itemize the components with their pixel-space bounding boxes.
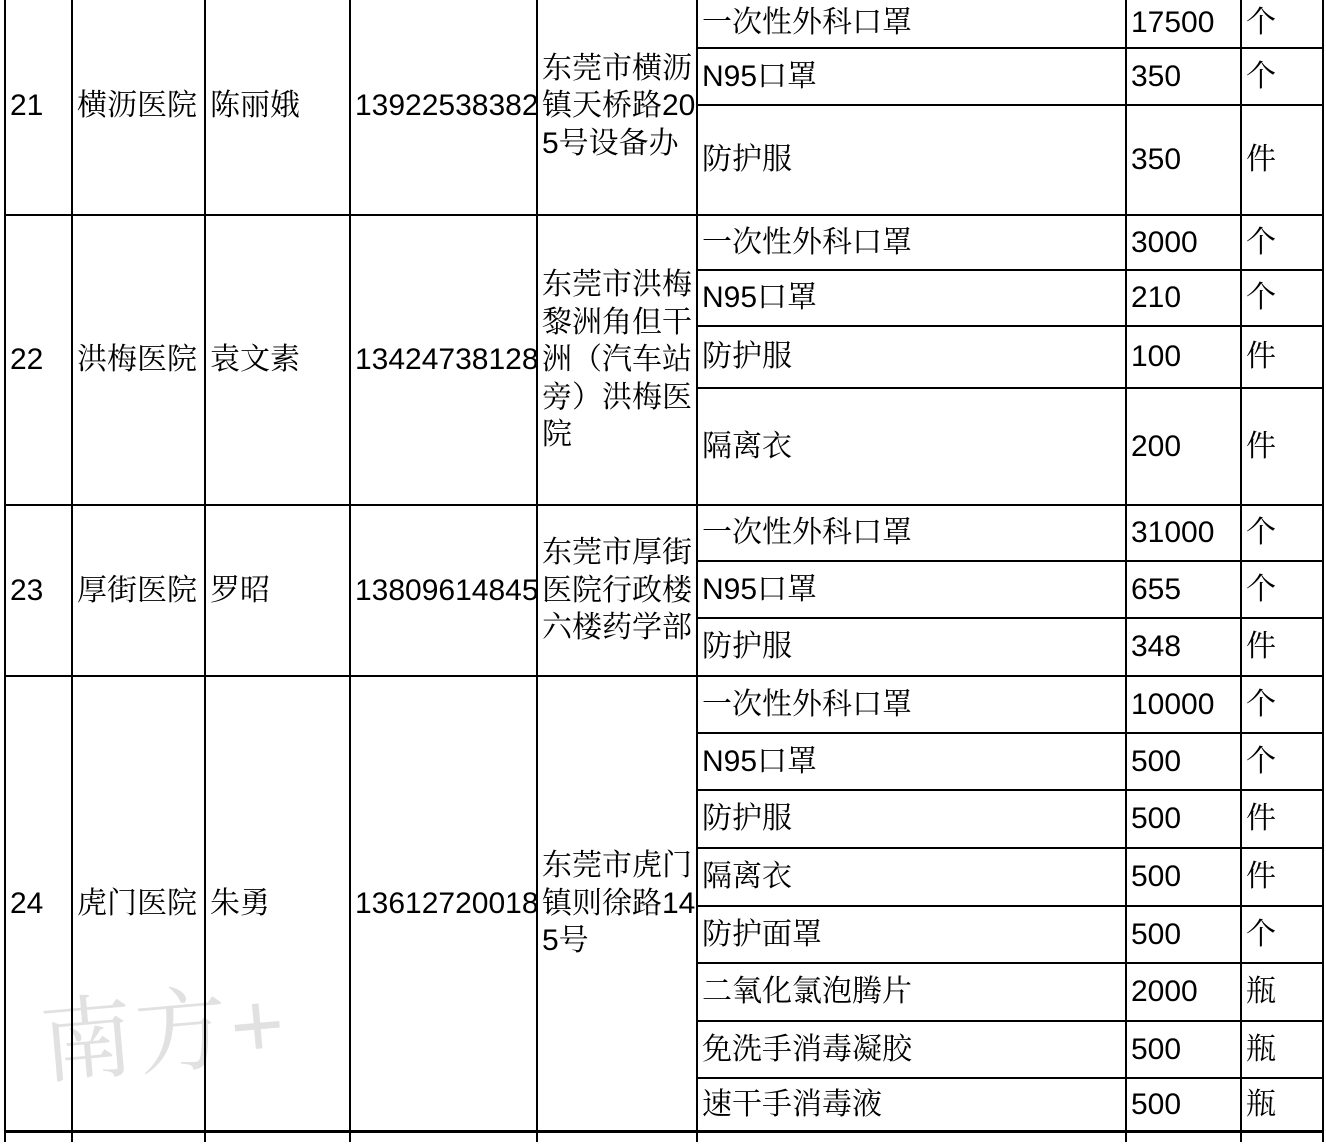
- table-row: 22 洪梅医院 袁文素 13424738128 东莞市洪梅黎洲角但干洲（汽车站旁…: [5, 215, 1323, 270]
- item-name-cell: 防护面罩: [697, 906, 1126, 963]
- page: 南方+ 21 横沥医院 陈丽娥 13922538382 东莞市横沥镇天桥路205…: [0, 0, 1326, 1146]
- seq-cell: 21: [5, 0, 72, 215]
- item-name-cell: 防护服: [697, 790, 1126, 848]
- item-unit-cell: 个: [1241, 561, 1323, 618]
- contact-cell: 朱勇: [205, 676, 350, 1131]
- item-name-cell: N95口罩: [697, 48, 1126, 105]
- partial-cell: [697, 1131, 1126, 1142]
- item-name-cell: 防护服: [697, 618, 1126, 676]
- item-unit-cell: 个: [1241, 48, 1323, 105]
- phone-cell: 13424738128: [350, 215, 537, 505]
- item-unit-cell: 件: [1241, 105, 1323, 215]
- partial-cell: [205, 1131, 350, 1142]
- item-unit-cell: 个: [1241, 0, 1323, 48]
- item-qty-cell: 200: [1126, 388, 1241, 505]
- item-name-cell: 速干手消毒液: [697, 1078, 1126, 1131]
- partial-cell: [1241, 1131, 1323, 1142]
- address-cell: 东莞市虎门镇则徐路145号: [537, 676, 697, 1131]
- item-unit-cell: 件: [1241, 618, 1323, 676]
- table-row: 21 横沥医院 陈丽娥 13922538382 东莞市横沥镇天桥路205号设备办…: [5, 0, 1323, 48]
- item-name-cell: N95口罩: [697, 270, 1126, 326]
- item-qty-cell: 2000: [1126, 963, 1241, 1021]
- item-unit-cell: 件: [1241, 790, 1323, 848]
- item-qty-cell: 500: [1126, 1021, 1241, 1078]
- seq-cell: 24: [5, 676, 72, 1131]
- address-cell: 东莞市厚街医院行政楼六楼药学部: [537, 505, 697, 676]
- item-name-cell: 免洗手消毒凝胶: [697, 1021, 1126, 1078]
- item-name-cell: 防护服: [697, 105, 1126, 215]
- partial-cell: [1126, 1131, 1241, 1142]
- hospital-cell: 横沥医院: [72, 0, 205, 215]
- item-qty-cell: 31000: [1126, 505, 1241, 561]
- item-qty-cell: 100: [1126, 326, 1241, 388]
- item-qty-cell: 500: [1126, 733, 1241, 790]
- phone-cell: 13922538382: [350, 0, 537, 215]
- item-unit-cell: 个: [1241, 505, 1323, 561]
- phone-cell: 13809614845: [350, 505, 537, 676]
- table-row: 23 厚街医院 罗昭 13809614845 东莞市厚街医院行政楼六楼药学部 一…: [5, 505, 1323, 561]
- item-name-cell: 二氧化氯泡腾片: [697, 963, 1126, 1021]
- item-qty-cell: 350: [1126, 105, 1241, 215]
- item-name-cell: 一次性外科口罩: [697, 0, 1126, 48]
- address-cell: 东莞市横沥镇天桥路205号设备办: [537, 0, 697, 215]
- item-unit-cell: 瓶: [1241, 963, 1323, 1021]
- item-qty-cell: 17500: [1126, 0, 1241, 48]
- hospital-cell: 厚街医院: [72, 505, 205, 676]
- item-unit-cell: 瓶: [1241, 1021, 1323, 1078]
- seq-cell: 23: [5, 505, 72, 676]
- item-name-cell: 防护服: [697, 326, 1126, 388]
- item-qty-cell: 500: [1126, 1078, 1241, 1131]
- item-unit-cell: 件: [1241, 848, 1323, 906]
- hospital-cell: 洪梅医院: [72, 215, 205, 505]
- partial-cell: [537, 1131, 697, 1142]
- seq-cell: 22: [5, 215, 72, 505]
- item-qty-cell: 210: [1126, 270, 1241, 326]
- address-cell: 东莞市洪梅黎洲角但干洲（汽车站旁）洪梅医院: [537, 215, 697, 505]
- table-row-partial: [5, 1131, 1323, 1142]
- phone-cell: 13612720018: [350, 676, 537, 1131]
- item-name-cell: 隔离衣: [697, 388, 1126, 505]
- contact-cell: 袁文素: [205, 215, 350, 505]
- item-qty-cell: 500: [1126, 790, 1241, 848]
- item-unit-cell: 个: [1241, 906, 1323, 963]
- item-qty-cell: 348: [1126, 618, 1241, 676]
- item-qty-cell: 10000: [1126, 676, 1241, 733]
- item-qty-cell: 3000: [1126, 215, 1241, 270]
- item-name-cell: N95口罩: [697, 733, 1126, 790]
- hospital-supplies-table: 21 横沥医院 陈丽娥 13922538382 东莞市横沥镇天桥路205号设备办…: [4, 0, 1324, 1142]
- partial-cell: [72, 1131, 205, 1142]
- item-qty-cell: 500: [1126, 906, 1241, 963]
- item-qty-cell: 350: [1126, 48, 1241, 105]
- item-name-cell: N95口罩: [697, 561, 1126, 618]
- item-qty-cell: 500: [1126, 848, 1241, 906]
- partial-cell: [350, 1131, 537, 1142]
- item-unit-cell: 个: [1241, 215, 1323, 270]
- partial-cell: [5, 1131, 72, 1142]
- item-unit-cell: 件: [1241, 388, 1323, 505]
- item-name-cell: 隔离衣: [697, 848, 1126, 906]
- hospital-cell: 虎门医院: [72, 676, 205, 1131]
- table-row: 24 虎门医院 朱勇 13612720018 东莞市虎门镇则徐路145号 一次性…: [5, 676, 1323, 733]
- contact-cell: 陈丽娥: [205, 0, 350, 215]
- contact-cell: 罗昭: [205, 505, 350, 676]
- item-qty-cell: 655: [1126, 561, 1241, 618]
- item-unit-cell: 个: [1241, 676, 1323, 733]
- item-name-cell: 一次性外科口罩: [697, 215, 1126, 270]
- item-unit-cell: 件: [1241, 326, 1323, 388]
- item-unit-cell: 个: [1241, 270, 1323, 326]
- item-unit-cell: 个: [1241, 733, 1323, 790]
- item-name-cell: 一次性外科口罩: [697, 505, 1126, 561]
- item-unit-cell: 瓶: [1241, 1078, 1323, 1131]
- item-name-cell: 一次性外科口罩: [697, 676, 1126, 733]
